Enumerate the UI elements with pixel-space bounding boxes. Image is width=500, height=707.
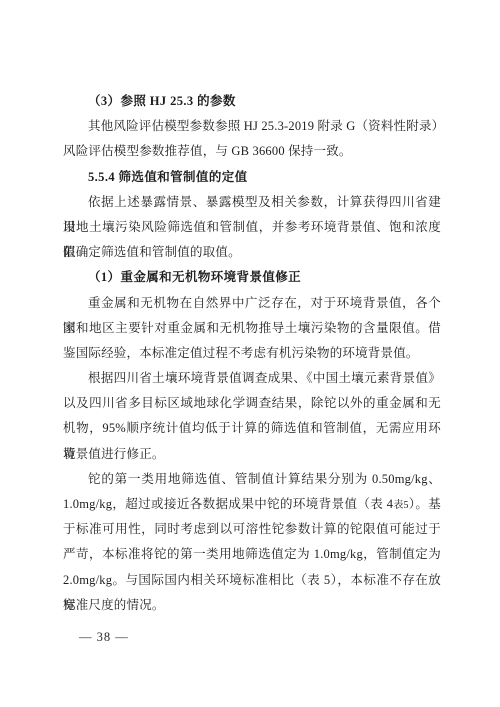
heading-item-1: （1）重金属和无机物环境背景值修正 <box>63 265 441 290</box>
text-line: 依据上述暴露情景、暴露模型及相关参数，计算获得四川省建设 <box>63 190 441 215</box>
heading-item-3: （3）参照 HJ 25.3 的参数 <box>63 89 441 114</box>
document-body: （3）参照 HJ 25.3 的参数 其他风险评估模型参数参照 HJ 25.3-2… <box>63 89 441 618</box>
text-line: 根据四川省土壤环境背景值调查成果、《中国土壤元素背景值》 <box>63 366 441 391</box>
text-line: 风险评估模型参数推荐值，与 GB 36600 保持一致。 <box>63 139 441 164</box>
heading-section-5-5-4: 5.5.4 筛选值和管制值的定值 <box>63 165 441 190</box>
text-line: 机物，95%顺序统计值均低于计算的筛选值和管制值，无需应用环境 <box>63 416 441 441</box>
page-number: — 38 — <box>79 627 129 647</box>
text-line: 家和地区主要针对重金属和无机物推导土壤污染物的含量限值。借 <box>63 316 441 341</box>
text-line: 其他风险评估模型参数参照 HJ 25.3-2019 附录 G（资料性附录） <box>63 114 441 139</box>
text-line: 值确定筛选值和管制值的取值。 <box>63 240 441 265</box>
text-line: 标准尺度的情况。 <box>63 593 441 618</box>
text-line: 背景值进行修正。 <box>63 442 441 467</box>
text-line: 鉴国际经验，本标准定值过程不考虑有机污染物的环境背景值。 <box>63 341 441 366</box>
text-segment: 1.0mg/kg，超过或接近各数据成果中铊的环境背景值（表 4 <box>63 497 393 511</box>
text-segment: ）。基 <box>409 497 441 511</box>
text-line-with-revision: 1.0mg/kg，超过或接近各数据成果中铊的环境背景值（表 4表5）。基 <box>63 492 441 517</box>
text-line: 铊的第一类用地筛选值、管制值计算结果分别为 0.50mg/kg、 <box>63 467 441 492</box>
text-line: 严苛，本标准将铊的第一类用地筛选值定为 1.0mg/kg，管制值定为 <box>63 542 441 567</box>
text-line: 2.0mg/kg。与国际国内相关环境标准相比（表 5），本标准不存在放宽 <box>63 568 441 593</box>
text-line: 用地土壤污染风险筛选值和管制值，并参考环境背景值、饱和浓度限 <box>63 215 441 240</box>
text-line: 重金属和无机物在自然界中广泛存在，对于环境背景值，各个国 <box>63 291 441 316</box>
text-line: 于标准可用性，同时考虑到以可溶性铊参数计算的铊限值可能过于 <box>63 517 441 542</box>
revision-text-small: 表5 <box>393 500 408 511</box>
text-line: 以及四川省多目标区域地球化学调查结果，除铊以外的重金属和无 <box>63 391 441 416</box>
document-page: （3）参照 HJ 25.3 的参数 其他风险评估模型参数参照 HJ 25.3-2… <box>0 0 500 707</box>
